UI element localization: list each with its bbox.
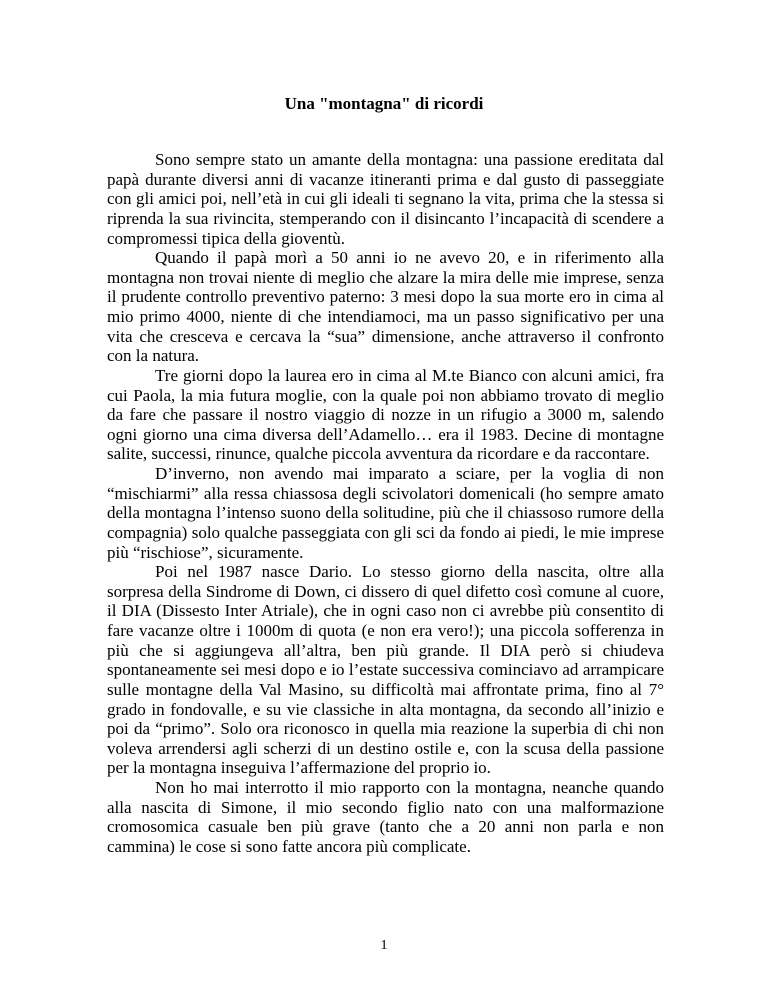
paragraph: Sono sempre stato un amante della montag… bbox=[107, 150, 664, 248]
paragraph: Quando il papà morì a 50 anni io ne avev… bbox=[107, 248, 664, 366]
document-body: Sono sempre stato un amante della montag… bbox=[107, 150, 664, 857]
document-title: Una "montagna" di ricordi bbox=[0, 94, 768, 114]
document-page: Una "montagna" di ricordi Sono sempre st… bbox=[0, 0, 768, 994]
paragraph: Non ho mai interrotto il mio rapporto co… bbox=[107, 778, 664, 857]
paragraph: Tre giorni dopo la laurea ero in cima al… bbox=[107, 366, 664, 464]
page-number: 1 bbox=[0, 938, 768, 954]
paragraph: Poi nel 1987 nasce Dario. Lo stesso gior… bbox=[107, 562, 664, 778]
paragraph: D’inverno, non avendo mai imparato a sci… bbox=[107, 464, 664, 562]
